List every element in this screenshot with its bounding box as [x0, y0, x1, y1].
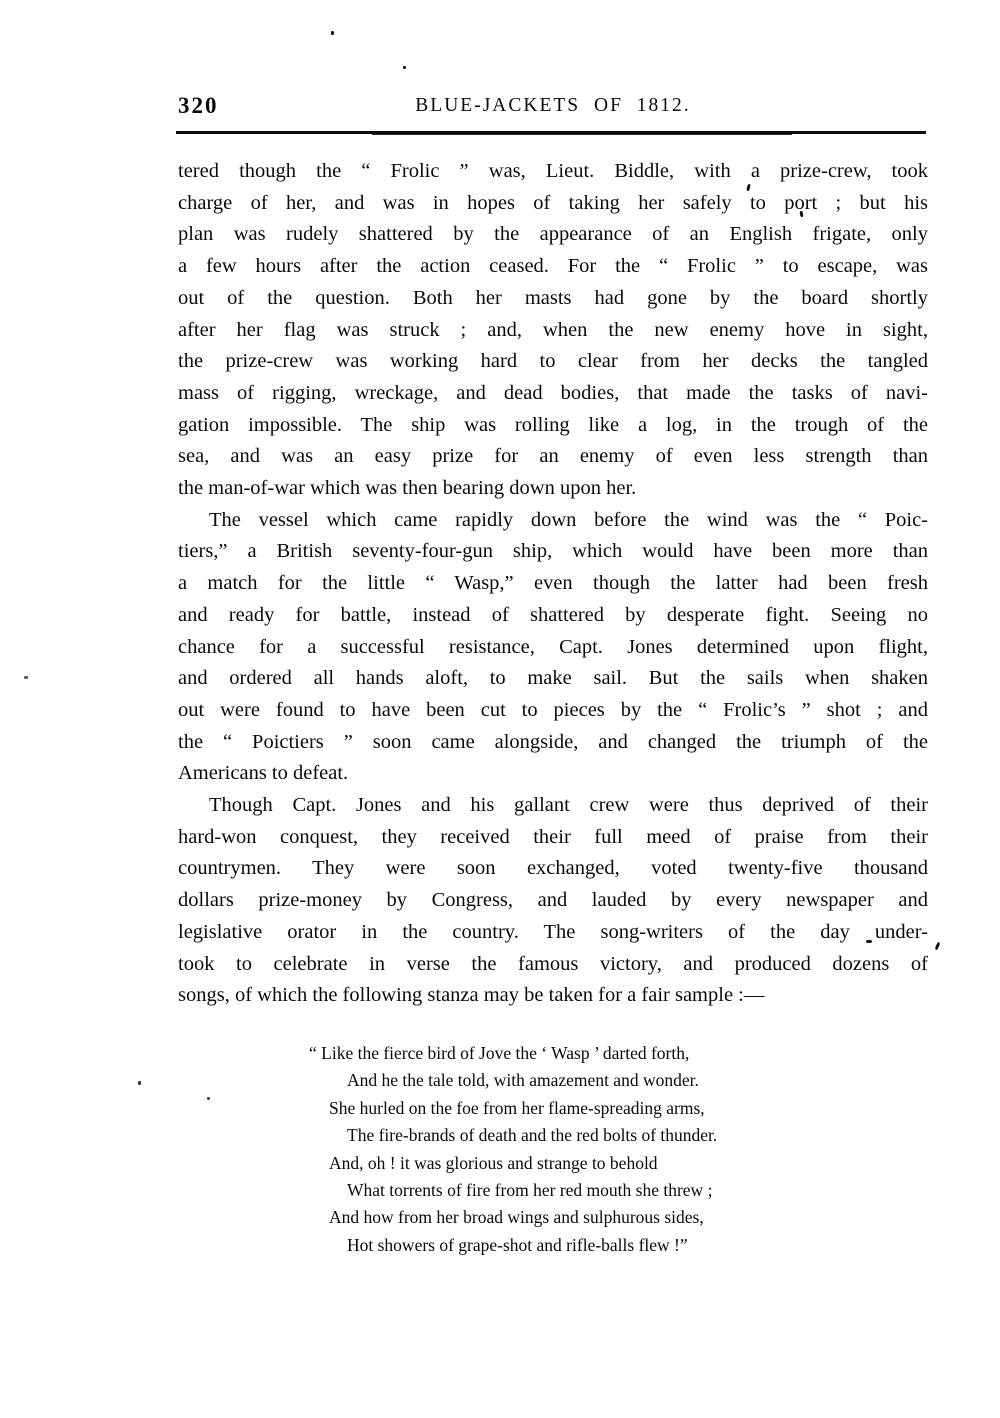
text-line: the man-of-war which was then bearing do… — [178, 473, 928, 505]
text-line: charge of her, and was in hopes of takin… — [178, 188, 928, 220]
verse-line: And how from her broad wings and sulphur… — [329, 1204, 869, 1231]
verse-line: Hot showers of grape-shot and rifle-ball… — [329, 1232, 869, 1259]
text-line: out of the question. Both her masts had … — [178, 283, 928, 315]
paragraph-1: tered though the “ Frolic ” was, Lieut. … — [178, 156, 928, 505]
text-line: a match for the little “ Wasp,” even tho… — [178, 568, 928, 600]
verse-line: “ Like the fierce bird of Jove the ‘ Was… — [329, 1040, 869, 1067]
text-line: tered though the “ Frolic ” was, Lieut. … — [178, 156, 928, 188]
scan-artifact — [935, 942, 941, 951]
running-title: BLUE-JACKETS OF 1812. — [178, 95, 928, 117]
verse-line: What torrents of fire from her red mouth… — [329, 1177, 869, 1204]
text-line: mass of rigging, wreckage, and dead bodi… — [178, 378, 928, 410]
text-line: legislative orator in the country. The s… — [178, 917, 928, 949]
scan-artifact — [866, 940, 872, 943]
text-line: out were found to have been cut to piece… — [178, 695, 928, 727]
text-line: gation impossible. The ship was rolling … — [178, 410, 928, 442]
header-rule — [176, 131, 926, 134]
verse-line: And, oh ! it was glorious and strange to… — [329, 1150, 869, 1177]
text-line: countrymen. They were soon exchanged, vo… — [178, 853, 928, 885]
body-text: tered though the “ Frolic ” was, Lieut. … — [178, 156, 928, 1259]
text-line: tiers,” a British seventy-four-gun ship,… — [178, 536, 928, 568]
text-line: the “ Poictiers ” soon came alongside, a… — [178, 727, 928, 759]
text-line: Though Capt. Jones and his gallant crew … — [178, 790, 928, 822]
text-line: sea, and was an easy prize for an enemy … — [178, 441, 928, 473]
text-line: and ordered all hands aloft, to make sai… — [178, 663, 928, 695]
song-stanza: “ Like the fierce bird of Jove the ‘ Was… — [329, 1040, 869, 1259]
scan-artifact — [138, 1081, 141, 1085]
scan-artifact — [207, 1097, 210, 1100]
text-line: dollars prize-money by Congress, and lau… — [178, 885, 928, 917]
paragraph-3: Though Capt. Jones and his gallant crew … — [178, 790, 928, 1012]
scan-artifact — [331, 31, 334, 35]
scan-artifact — [403, 66, 406, 69]
text-line: took to celebrate in verse the famous vi… — [178, 949, 928, 981]
text-line: hard-won conquest, they received their f… — [178, 822, 928, 854]
scan-artifact — [24, 676, 28, 679]
text-line: and ready for battle, instead of shatter… — [178, 600, 928, 632]
text-line: a few hours after the action ceased. For… — [178, 251, 928, 283]
text-line: The vessel which came rapidly down befor… — [178, 505, 928, 537]
text-line: plan was rudely shattered by the appeara… — [178, 219, 928, 251]
verse-line: She hurled on the foe from her flame-spr… — [329, 1095, 869, 1122]
text-line: after her flag was struck ; and, when th… — [178, 315, 928, 347]
paragraph-2: The vessel which came rapidly down befor… — [178, 505, 928, 790]
text-line: Americans to defeat. — [178, 758, 928, 790]
book-page: 320 BLUE-JACKETS OF 1812. tered though t… — [0, 0, 1000, 1418]
text-line: chance for a successful resistance, Capt… — [178, 632, 928, 664]
verse-line: The fire-brands of death and the red bol… — [329, 1122, 869, 1149]
text-line: songs, of which the following stanza may… — [178, 980, 928, 1012]
verse-line: And he the tale told, with amazement and… — [329, 1067, 869, 1094]
text-line: the prize-crew was working hard to clear… — [178, 346, 928, 378]
